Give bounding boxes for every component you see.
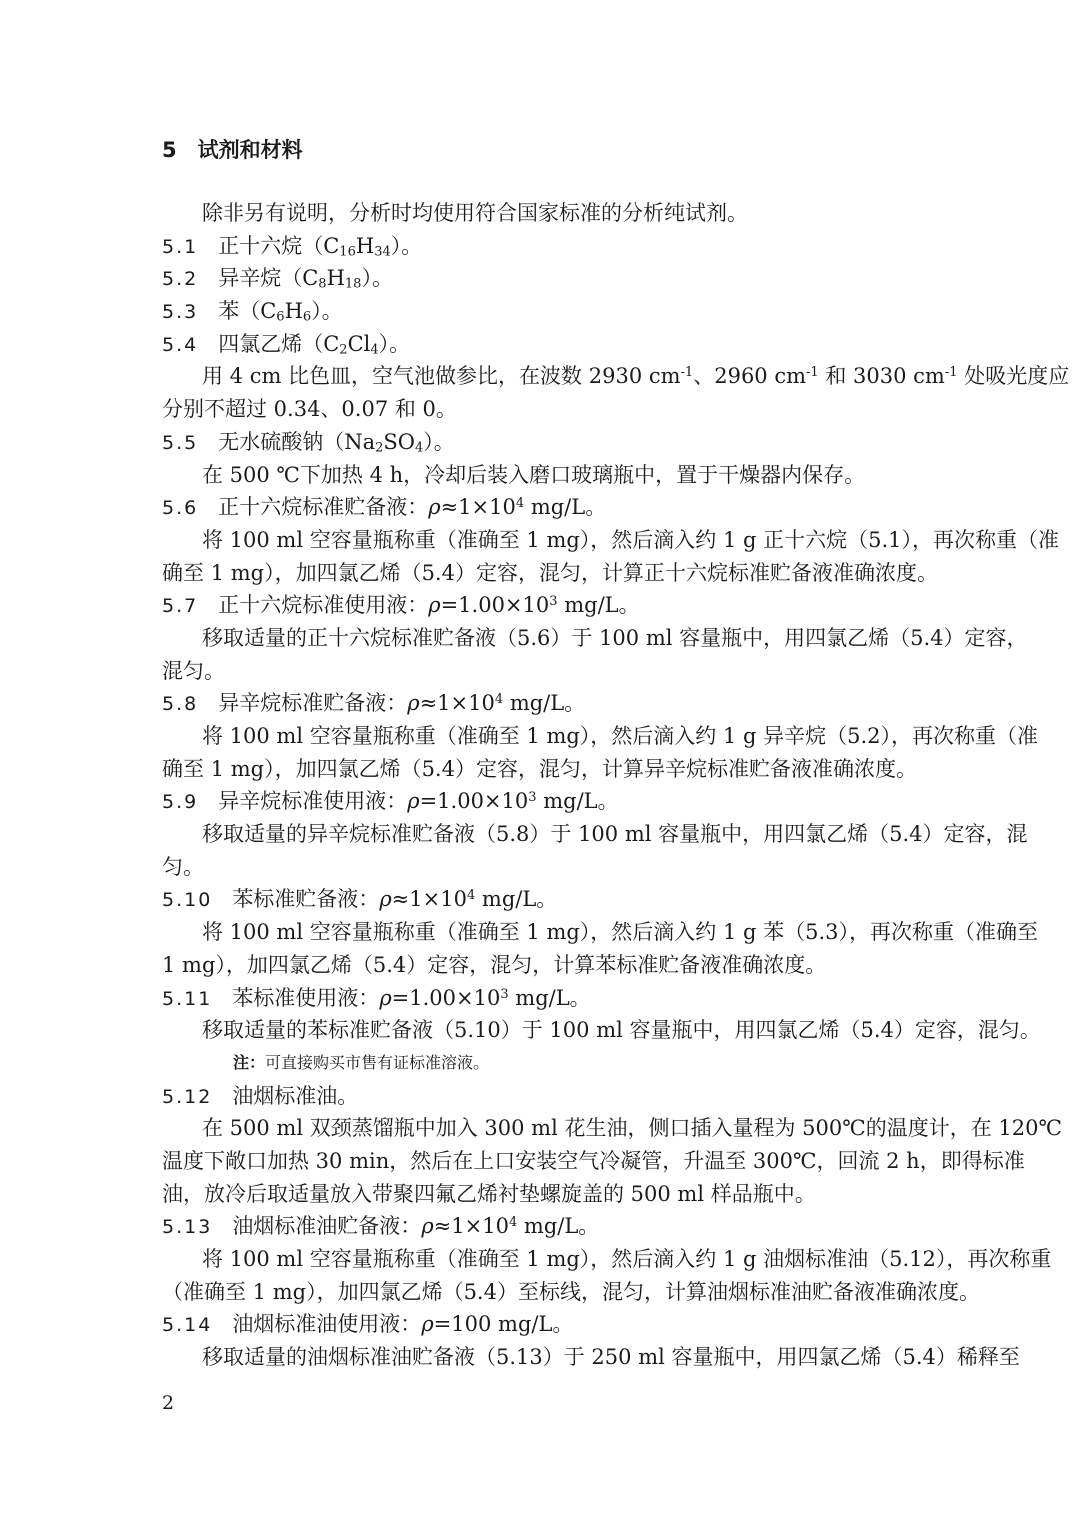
- text-line: 将 100 ml 空容量瓶称重（准确至 1 mg），然后滴入约 1 g 苯（5.…: [162, 916, 924, 949]
- text-line: 匀。: [162, 851, 924, 884]
- clause-text: 无水硫酸钠（Na2SO4）。: [218, 430, 455, 454]
- clause-line-5.1: 5.1正十六烷（C16H34）。: [162, 230, 924, 263]
- clause-line-5.4: 5.4四氯乙烯（C2Cl4）。: [162, 328, 924, 361]
- clause-line-5.10: 5.10苯标准贮备液：ρ≈1×104 mg/L。: [162, 883, 924, 916]
- clause-text: 苯标准使用液：ρ=1.00×103 mg/L。: [232, 986, 590, 1010]
- clause-text: 油烟标准油。: [232, 1084, 358, 1108]
- text-line: 确至 1 mg），加四氯乙烯（5.4）定容，混匀，计算异辛烷标准贮备液准确浓度。: [162, 753, 924, 786]
- text-line: 1 mg），加四氯乙烯（5.4）定容，混匀，计算苯标准贮备液准确浓度。: [162, 949, 924, 982]
- text-line: 将 100 ml 空容量瓶称重（准确至 1 mg），然后滴入约 1 g 油烟标准…: [162, 1243, 924, 1276]
- clause-number: 5.3: [162, 301, 198, 323]
- clause-number: 5.7: [162, 595, 198, 617]
- clause-number: 5.4: [162, 334, 198, 356]
- clause-text: 正十六烷（C16H34）。: [218, 234, 422, 258]
- clause-line-5.2: 5.2异辛烷（C8H18）。: [162, 262, 924, 295]
- note-text: 可直接购买市售有证标准溶液。: [265, 1053, 489, 1072]
- clause-number: 5.14: [162, 1314, 212, 1336]
- document-body: 除非另有说明，分析时均使用符合国家标准的分析纯试剂。5.1正十六烷（C16H34…: [162, 197, 924, 1374]
- clause-line-5.9: 5.9异辛烷标准使用液：ρ=1.00×103 mg/L。: [162, 785, 924, 818]
- text-line: 移取适量的油烟标准油贮备液（5.13）于 250 ml 容量瓶中，用四氯乙烯（5…: [162, 1341, 924, 1374]
- clause-number: 5.8: [162, 693, 198, 715]
- clause-text: 四氯乙烯（C2Cl4）。: [218, 332, 410, 356]
- text-line: 将 100 ml 空容量瓶称重（准确至 1 mg），然后滴入约 1 g 异辛烷（…: [162, 720, 924, 753]
- note-label: 注：: [233, 1053, 265, 1072]
- text-line: 确至 1 mg），加四氯乙烯（5.4）定容，混匀，计算正十六烷标准贮备液准确浓度…: [162, 557, 924, 590]
- clause-line-5.11: 5.11苯标准使用液：ρ=1.00×103 mg/L。: [162, 982, 924, 1015]
- clause-line-5.8: 5.8异辛烷标准贮备液：ρ≈1×104 mg/L。: [162, 687, 924, 720]
- clause-number: 5.12: [162, 1086, 212, 1108]
- clause-line-5.3: 5.3苯（C6H6）。: [162, 295, 924, 328]
- note-line: 注：可直接购买市售有证标准溶液。: [162, 1047, 924, 1080]
- text-line: 将 100 ml 空容量瓶称重（准确至 1 mg），然后滴入约 1 g 正十六烷…: [162, 524, 924, 557]
- clause-line-5.5: 5.5无水硫酸钠（Na2SO4）。: [162, 426, 924, 459]
- clause-text: 异辛烷（C8H18）。: [218, 266, 393, 290]
- text-line: 分别不超过 0.34、0.07 和 0。: [162, 393, 924, 426]
- clause-number: 5.13: [162, 1216, 212, 1238]
- clause-number: 5.2: [162, 268, 198, 290]
- text-line: 在 500 ℃下加热 4 h，冷却后装入磨口玻璃瓶中，置于干燥器内保存。: [162, 459, 924, 492]
- clause-number: 5.11: [162, 988, 212, 1010]
- page-number: 2: [162, 1392, 174, 1414]
- clause-text: 苯（C6H6）。: [218, 299, 342, 323]
- text-line: 移取适量的正十六烷标准贮备液（5.6）于 100 ml 容量瓶中，用四氯乙烯（5…: [162, 622, 924, 655]
- text-line: 混匀。: [162, 655, 924, 688]
- clause-line-5.14: 5.14油烟标准油使用液：ρ=100 mg/L。: [162, 1308, 924, 1341]
- clause-line-5.12: 5.12油烟标准油。: [162, 1080, 924, 1113]
- text-line: 除非另有说明，分析时均使用符合国家标准的分析纯试剂。: [162, 197, 924, 230]
- section-heading-title: 试剂和材料: [198, 138, 303, 162]
- clause-number: 5.9: [162, 791, 198, 813]
- text-line: 移取适量的苯标准贮备液（5.10）于 100 ml 容量瓶中，用四氯乙烯（5.4…: [162, 1014, 924, 1047]
- document-page: 5试剂和材料 除非另有说明，分析时均使用符合国家标准的分析纯试剂。5.1正十六烷…: [0, 0, 1080, 1527]
- text-line: 在 500 ml 双颈蒸馏瓶中加入 300 ml 花生油，侧口插入量程为 500…: [162, 1112, 924, 1145]
- clause-text: 异辛烷标准贮备液：ρ≈1×104 mg/L。: [218, 691, 585, 715]
- clause-number: 5.10: [162, 889, 212, 911]
- section-heading: 5试剂和材料: [162, 138, 303, 162]
- clause-text: 油烟标准油使用液：ρ=100 mg/L。: [232, 1312, 573, 1336]
- clause-text: 正十六烷标准贮备液：ρ≈1×104 mg/L。: [218, 495, 606, 519]
- clause-line-5.7: 5.7正十六烷标准使用液：ρ=1.00×103 mg/L。: [162, 589, 924, 622]
- text-line: 移取适量的异辛烷标准贮备液（5.8）于 100 ml 容量瓶中，用四氯乙烯（5.…: [162, 818, 924, 851]
- section-heading-number: 5: [162, 138, 177, 162]
- clause-number: 5.6: [162, 497, 198, 519]
- text-line: 用 4 cm 比色皿，空气池做参比，在波数 2930 cm-1、2960 cm-…: [162, 360, 924, 393]
- clause-number: 5.1: [162, 236, 198, 258]
- clause-text: 异辛烷标准使用液：ρ=1.00×103 mg/L。: [218, 789, 618, 813]
- text-line: 油，放冷后取适量放入带聚四氟乙烯衬垫螺旋盖的 500 ml 样品瓶中。: [162, 1178, 924, 1211]
- clause-text: 苯标准贮备液：ρ≈1×104 mg/L。: [232, 887, 557, 911]
- clause-line-5.6: 5.6正十六烷标准贮备液：ρ≈1×104 mg/L。: [162, 491, 924, 524]
- clause-text: 正十六烷标准使用液：ρ=1.00×103 mg/L。: [218, 593, 639, 617]
- clause-text: 油烟标准油贮备液：ρ≈1×104 mg/L。: [232, 1214, 599, 1238]
- clause-number: 5.5: [162, 432, 198, 454]
- clause-line-5.13: 5.13油烟标准油贮备液：ρ≈1×104 mg/L。: [162, 1210, 924, 1243]
- text-line: （准确至 1 mg），加四氯乙烯（5.4）至标线，混匀，计算油烟标准油贮备液准确…: [162, 1276, 924, 1309]
- text-line: 温度下敞口加热 30 min，然后在上口安装空气冷凝管，升温至 300℃，回流 …: [162, 1145, 924, 1178]
